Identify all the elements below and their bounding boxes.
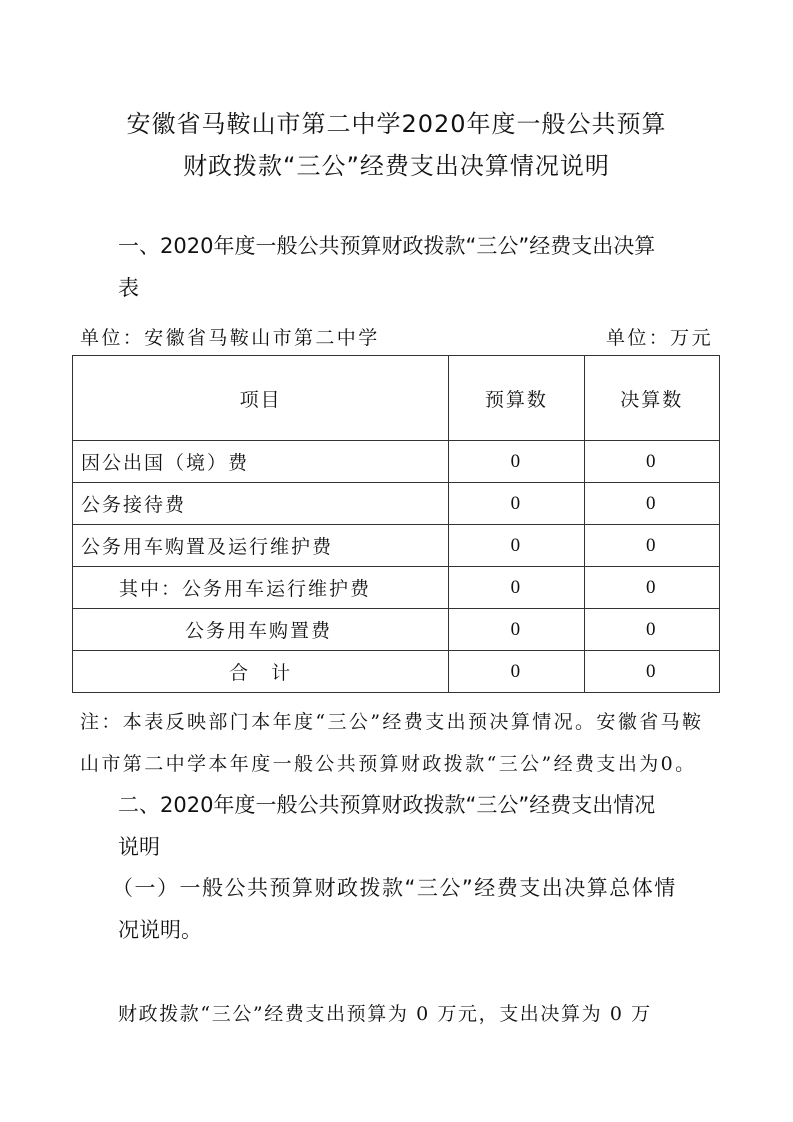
- row-budget: 0: [449, 441, 584, 483]
- document-title-line-2: 财政拨款“三公”经费支出决算情况说明: [0, 146, 793, 181]
- row-final: 0: [584, 483, 719, 525]
- table-total-row: 合 计 0 0: [73, 651, 720, 693]
- row-item: 其中：公务用车运行维护费: [73, 567, 449, 609]
- unit-organization-label: 单位：安徽省马鞍山市第二中学: [80, 323, 380, 350]
- row-item: 公务接待费: [73, 483, 449, 525]
- section-1-heading-cont: 表: [118, 272, 139, 302]
- subsection-1-heading-cont: 况说明。: [118, 914, 202, 944]
- table-note-line-2: 山市第二中学本年度一般公共预算财政拨款“三公”经费支出为0。: [80, 749, 697, 776]
- paragraph-line-2: 财政拨款“三公”经费支出预算为 0 万元，支出决算为 0 万: [118, 999, 652, 1026]
- table-row: 公务用车购置及运行维护费 0 0: [73, 525, 720, 567]
- row-final: 0: [584, 567, 719, 609]
- row-budget: 0: [449, 609, 584, 651]
- row-final: 0: [584, 525, 719, 567]
- header-item: 项目: [73, 356, 449, 441]
- unit-currency-label: 单位：万元: [606, 323, 713, 350]
- table-header-row: 项目 预算数 决算数: [73, 356, 720, 441]
- row-budget: 0: [449, 483, 584, 525]
- row-item: 公务用车购置费: [73, 609, 449, 651]
- section-2-heading: 二、2020年度一般公共预算财政拨款“三公”经费支出情况: [118, 789, 655, 819]
- table-row: 公务接待费 0 0: [73, 483, 720, 525]
- row-budget: 0: [449, 525, 584, 567]
- row-total-final: 0: [584, 651, 719, 693]
- document-title-line-1: 安徽省马鞍山市第二中学2020年度一般公共预算: [0, 104, 793, 139]
- subsection-1-heading: （一）一般公共预算财政拨款“三公”经费支出决算总体情: [112, 872, 677, 902]
- row-final: 0: [584, 609, 719, 651]
- row-final: 0: [584, 441, 719, 483]
- table-row: 其中：公务用车运行维护费 0 0: [73, 567, 720, 609]
- row-item: 公务用车购置及运行维护费: [73, 525, 449, 567]
- table-note-line-1: 注：本表反映部门本年度“三公”经费支出预决算情况。安徽省马鞍: [80, 707, 703, 734]
- header-budget: 预算数: [449, 356, 584, 441]
- row-budget: 0: [449, 567, 584, 609]
- section-2-heading-cont: 说明: [118, 831, 160, 861]
- row-total-budget: 0: [449, 651, 584, 693]
- table-row: 公务用车购置费 0 0: [73, 609, 720, 651]
- section-1-heading: 一、2020年度一般公共预算财政拨款“三公”经费支出决算: [118, 230, 655, 260]
- table-row: 因公出国（境）费 0 0: [73, 441, 720, 483]
- row-item: 因公出国（境）费: [73, 441, 449, 483]
- three-public-expenses-table: 项目 预算数 决算数 因公出国（境）费 0 0 公务接待费 0 0 公务用车购置…: [72, 355, 720, 693]
- row-total-label: 合 计: [73, 651, 449, 693]
- header-final: 决算数: [584, 356, 719, 441]
